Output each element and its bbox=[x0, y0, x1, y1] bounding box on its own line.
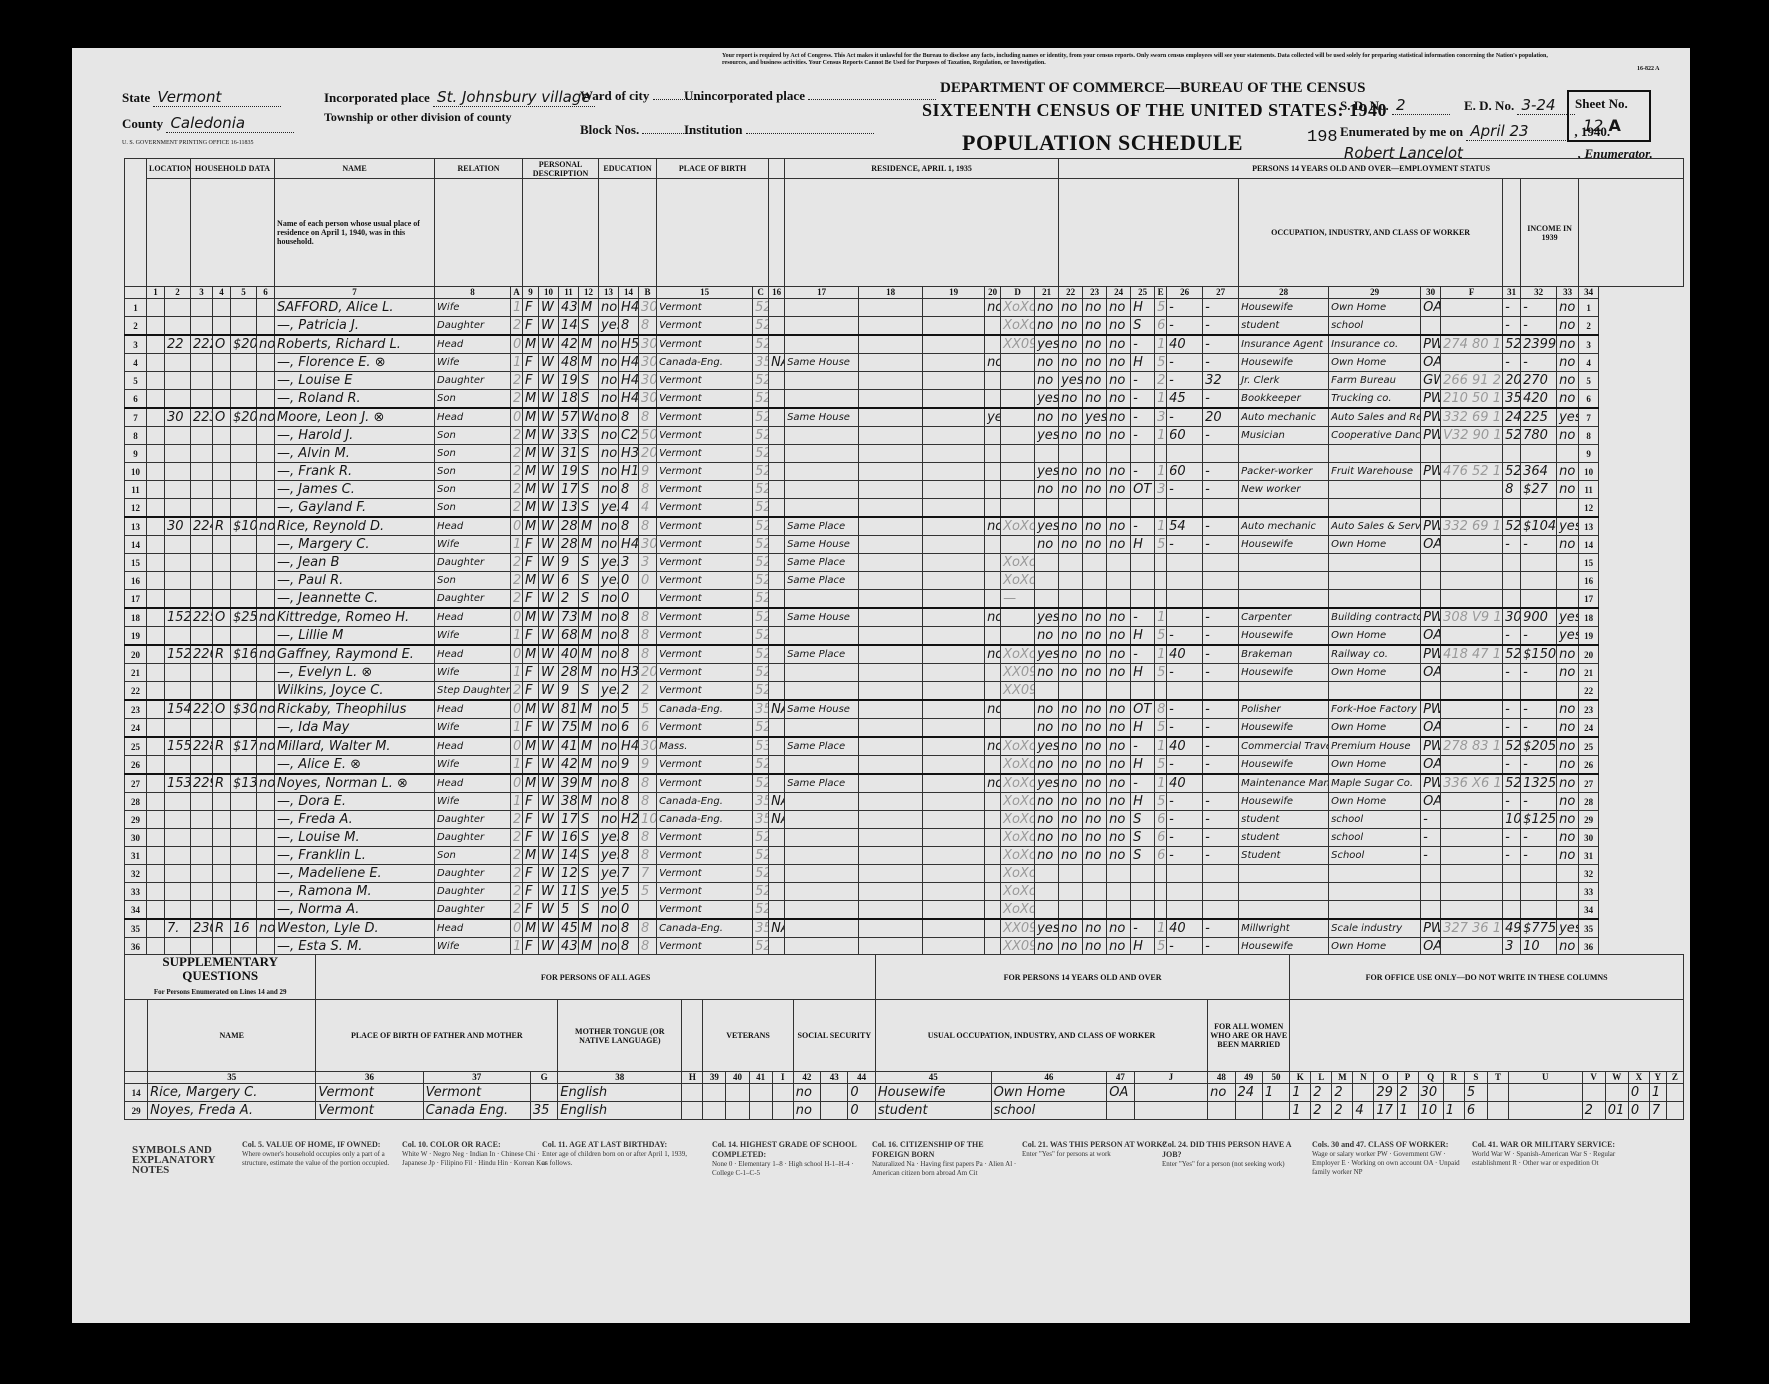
cell-sex: M bbox=[523, 645, 539, 664]
cell-c24 bbox=[1107, 554, 1131, 572]
cell-codeC: 52 bbox=[753, 390, 769, 409]
footnote-title: Col. 16. CITIZENSHIP OF THE FOREIGN BORN bbox=[872, 1140, 984, 1159]
cell-wks bbox=[1503, 499, 1521, 518]
cell-marital: M bbox=[579, 793, 599, 811]
cell-relation: Son bbox=[435, 427, 511, 445]
cell-c23 bbox=[1083, 499, 1107, 518]
cell-codeC: 35 bbox=[753, 811, 769, 829]
cell-other: no bbox=[1557, 317, 1579, 336]
cell-relation: Daughter bbox=[435, 372, 511, 390]
cell-house bbox=[165, 901, 191, 920]
cell-name: Rickaby, Theophilus bbox=[275, 700, 435, 719]
cell-c21: no bbox=[1035, 829, 1059, 847]
line-number: 7 bbox=[125, 408, 147, 427]
cell-codeE: 5 bbox=[1155, 664, 1167, 682]
cell-wks: 52 bbox=[1503, 517, 1521, 536]
cell-res: Same Place bbox=[785, 517, 859, 536]
cell-farm bbox=[257, 793, 275, 811]
cell-sex: F bbox=[523, 372, 539, 390]
cell-house: 30 bbox=[165, 408, 191, 427]
supp-column-number: L bbox=[1311, 1072, 1332, 1084]
cell-c22: no bbox=[1059, 793, 1083, 811]
cell-c25: S bbox=[1131, 811, 1155, 829]
cell-race: W bbox=[539, 572, 559, 590]
cell-sex: M bbox=[523, 847, 539, 865]
cell-relation: Son bbox=[435, 445, 511, 463]
cell-c23 bbox=[1083, 865, 1107, 883]
line-number: 26 bbox=[1579, 756, 1599, 775]
cell-codeF bbox=[1441, 901, 1503, 920]
cell-county bbox=[859, 536, 923, 554]
name-header: NAME bbox=[275, 159, 435, 179]
cell-c25: S bbox=[1131, 847, 1155, 865]
cell-c27: - bbox=[1203, 608, 1239, 627]
cell-c27: 20 bbox=[1203, 408, 1239, 427]
footnote: Col. 21. WAS THIS PERSON AT WORK?Enter "… bbox=[1022, 1140, 1170, 1159]
cell-occ: Commercial Traveler bbox=[1239, 737, 1329, 756]
cell-c26 bbox=[1167, 554, 1203, 572]
table-row: 12—, Gayland F.Son2MW13Syes44Vermont5212 bbox=[125, 499, 1684, 518]
cell-farm: no bbox=[257, 919, 275, 938]
cell-other: no bbox=[1557, 335, 1579, 354]
cell-c21 bbox=[1035, 590, 1059, 609]
cell-cls: - bbox=[1421, 829, 1441, 847]
cell-cls bbox=[1421, 554, 1441, 572]
cell-race: W bbox=[539, 829, 559, 847]
cell-race: W bbox=[539, 354, 559, 372]
cell-wages bbox=[1521, 590, 1557, 609]
cell-farm35 bbox=[985, 829, 1001, 847]
cell-birth: Vermont bbox=[657, 499, 753, 518]
cell-codeC: 52 bbox=[753, 463, 769, 481]
cell-codeA: 2 bbox=[511, 590, 523, 609]
cell-race: W bbox=[539, 793, 559, 811]
cell-c26: - bbox=[1167, 627, 1203, 646]
footnote-body: World War W · Spanish-American War S · R… bbox=[1472, 1150, 1620, 1168]
cell-wages: $125 bbox=[1521, 811, 1557, 829]
cell-c24: no bbox=[1107, 737, 1131, 756]
cell-cls bbox=[1421, 572, 1441, 590]
cell-street bbox=[147, 390, 165, 409]
cell-name: SAFFORD, Alice L. bbox=[275, 299, 435, 317]
cell-c25 bbox=[1131, 572, 1155, 590]
supp-cell-language: English bbox=[558, 1084, 682, 1102]
cell-c26: - bbox=[1167, 793, 1203, 811]
cell-codeE: 8 bbox=[1155, 700, 1167, 719]
cell-relation: Wife bbox=[435, 793, 511, 811]
cell-occ: Maintenance Man bbox=[1239, 774, 1329, 793]
cell-codeC: 35 bbox=[753, 354, 769, 372]
cell-school: yes bbox=[599, 865, 619, 883]
cell-value bbox=[231, 427, 257, 445]
table-row: 1330224R$10noRice, Reynold D.Head0MW28Mn… bbox=[125, 517, 1684, 536]
table-row: 22Wilkins, Joyce C.Step Daughter2FW9Syes… bbox=[125, 682, 1684, 701]
cell-occ bbox=[1239, 499, 1329, 518]
line-number: 2 bbox=[1579, 317, 1599, 336]
supp-line-number: 29 bbox=[125, 1102, 148, 1120]
cell-c24: no bbox=[1107, 627, 1131, 646]
cell-house bbox=[165, 463, 191, 481]
cell-c23 bbox=[1083, 445, 1107, 463]
cell-codeF: 336 X6 1 bbox=[1441, 774, 1503, 793]
cell-cit: NA bbox=[769, 793, 785, 811]
cell-c22: no bbox=[1059, 408, 1083, 427]
cell-ind: Insurance co. bbox=[1329, 335, 1421, 354]
cell-wages: - bbox=[1521, 627, 1557, 646]
cell-name: —, Ramona M. bbox=[275, 883, 435, 901]
cell-state bbox=[923, 372, 985, 390]
cell-cls: PW bbox=[1421, 408, 1441, 427]
cell-street bbox=[147, 517, 165, 536]
cell-grade: H4 bbox=[619, 354, 639, 372]
cell-codeC: 52 bbox=[753, 481, 769, 499]
table-row: 29—, Freda A.Daughter2FW17SnoH210Canada-… bbox=[125, 811, 1684, 829]
cell-farm bbox=[257, 390, 275, 409]
cell-farm35 bbox=[985, 883, 1001, 901]
cell-codeF bbox=[1441, 572, 1503, 590]
cell-farm bbox=[257, 554, 275, 572]
cell-street bbox=[147, 919, 165, 938]
cell-wks: - bbox=[1503, 536, 1521, 554]
occupation-header: OCCUPATION, INDUSTRY, AND CLASS OF WORKE… bbox=[1239, 179, 1503, 287]
cell-codeA: 2 bbox=[511, 829, 523, 847]
cell-sex: M bbox=[523, 517, 539, 536]
persons14-header: FOR PERSONS 14 YEARS OLD AND OVER bbox=[875, 955, 1289, 1000]
cell-c26: - bbox=[1167, 408, 1203, 427]
cell-cls: - bbox=[1421, 847, 1441, 865]
cell-codeD: XoXo bbox=[1001, 774, 1035, 793]
office-use-header: FOR OFFICE USE ONLY—DO NOT WRITE IN THES… bbox=[1290, 955, 1684, 1000]
cell-res bbox=[785, 865, 859, 883]
line-number: 6 bbox=[125, 390, 147, 409]
ed-field: E. D. No. 3-24 bbox=[1464, 96, 1575, 115]
column-number: 15 bbox=[657, 287, 753, 299]
column-number: 34 bbox=[1579, 287, 1599, 299]
cell-cls: OA bbox=[1421, 756, 1441, 775]
cell-c23 bbox=[1083, 554, 1107, 572]
cell-c21: yes bbox=[1035, 335, 1059, 354]
cell-codeE bbox=[1155, 865, 1167, 883]
supp-column-number: 35 bbox=[148, 1072, 316, 1084]
cell-relation: Wife bbox=[435, 299, 511, 317]
cell-cls: PW bbox=[1421, 390, 1441, 409]
cell-age: 28 bbox=[559, 536, 579, 554]
column-number: 27 bbox=[1203, 287, 1239, 299]
cell-own bbox=[213, 481, 231, 499]
cell-farm bbox=[257, 445, 275, 463]
cell-marital: M bbox=[579, 645, 599, 664]
cell-c27: - bbox=[1203, 847, 1239, 865]
enumerated-label: Enumerated by me on bbox=[1340, 124, 1463, 139]
cell-hh bbox=[191, 793, 213, 811]
cell-farm: no bbox=[257, 335, 275, 354]
cell-occ: Housewife bbox=[1239, 536, 1329, 554]
cell-c25: - bbox=[1131, 463, 1155, 481]
cell-c22: yes bbox=[1059, 372, 1083, 390]
cell-grade: 8 bbox=[619, 793, 639, 811]
cell-farm bbox=[257, 829, 275, 847]
cell-c26 bbox=[1167, 865, 1203, 883]
cell-res: Same House bbox=[785, 608, 859, 627]
cell-wks bbox=[1503, 682, 1521, 701]
cell-res: Same Place bbox=[785, 554, 859, 572]
cell-race: W bbox=[539, 390, 559, 409]
cell-c23: no bbox=[1083, 774, 1107, 793]
cell-codeE bbox=[1155, 554, 1167, 572]
cell-marital: M bbox=[579, 737, 599, 756]
supp-column-numbers-row: 353637G38H394041I424344454647J484950KLMN… bbox=[125, 1072, 1684, 1084]
cell-sex: M bbox=[523, 390, 539, 409]
cell-sex: M bbox=[523, 700, 539, 719]
footnote-body: White W · Negro Neg · Indian In · Chines… bbox=[402, 1150, 550, 1168]
cell-farm bbox=[257, 719, 275, 738]
cell-street bbox=[147, 700, 165, 719]
cell-cit bbox=[769, 774, 785, 793]
cell-name: Gaffney, Raymond E. bbox=[275, 645, 435, 664]
supp-cell-occ: Housewife bbox=[875, 1084, 991, 1102]
cell-cls: OA bbox=[1421, 719, 1441, 738]
cell-hh bbox=[191, 536, 213, 554]
cell-street bbox=[147, 756, 165, 775]
column-number: 14 bbox=[619, 287, 639, 299]
cell-house bbox=[165, 627, 191, 646]
cell-codeD bbox=[1001, 499, 1035, 518]
cell-codeC: 52 bbox=[753, 572, 769, 590]
cell-cls bbox=[1421, 865, 1441, 883]
cell-street bbox=[147, 811, 165, 829]
cell-codeB bbox=[639, 590, 657, 609]
cell-occ: Bookkeeper bbox=[1239, 390, 1329, 409]
cell-codeB: 6 bbox=[639, 719, 657, 738]
cell-codeE: 1 bbox=[1155, 608, 1167, 627]
cell-own: O bbox=[213, 408, 231, 427]
cell-ind: Own Home bbox=[1329, 756, 1421, 775]
cell-state bbox=[923, 719, 985, 738]
footnote-title: Col. 24. DID THIS PERSON HAVE A JOB? bbox=[1162, 1140, 1291, 1159]
cell-state bbox=[923, 554, 985, 572]
cell-wages: - bbox=[1521, 829, 1557, 847]
cell-wks: 52 bbox=[1503, 335, 1521, 354]
cell-occ: Musician bbox=[1239, 427, 1329, 445]
cell-other: yes bbox=[1557, 627, 1579, 646]
cell-other: no bbox=[1557, 719, 1579, 738]
sheet-label: Sheet No. bbox=[1575, 96, 1628, 112]
cell-c26 bbox=[1167, 901, 1203, 920]
cell-codeC: 52 bbox=[753, 590, 769, 609]
township-label: Township or other division of county bbox=[324, 110, 512, 124]
cell-wks bbox=[1503, 865, 1521, 883]
cell-marital: S bbox=[579, 590, 599, 609]
cell-c22: no bbox=[1059, 737, 1083, 756]
cell-birth: Vermont bbox=[657, 445, 753, 463]
line-number: 9 bbox=[1579, 445, 1599, 463]
cell-codeD bbox=[1001, 700, 1035, 719]
table-row: 730223O$20noMoore, Leon J. ⊗Head0MW57Wdn… bbox=[125, 408, 1684, 427]
cell-race: W bbox=[539, 700, 559, 719]
supp-column-number: 42 bbox=[793, 1072, 820, 1084]
cell-name: —, Alvin M. bbox=[275, 445, 435, 463]
cell-wages: 10 bbox=[1521, 938, 1557, 956]
cell-own bbox=[213, 427, 231, 445]
cell-wages: 420 bbox=[1521, 390, 1557, 409]
cell-codeF bbox=[1441, 445, 1503, 463]
cell-c21: no bbox=[1035, 756, 1059, 775]
cell-own bbox=[213, 829, 231, 847]
cell-c22: no bbox=[1059, 774, 1083, 793]
cell-occ: Housewife bbox=[1239, 719, 1329, 738]
cell-school: yes bbox=[599, 829, 619, 847]
column-number: 11 bbox=[559, 287, 579, 299]
cell-grade: 8 bbox=[619, 517, 639, 536]
cell-codeE: 2 bbox=[1155, 372, 1167, 390]
cell-c26: - bbox=[1167, 299, 1203, 317]
cell-state bbox=[923, 682, 985, 701]
cell-county bbox=[859, 847, 923, 865]
cell-farm bbox=[257, 938, 275, 956]
cell-other: no bbox=[1557, 700, 1579, 719]
cell-farm: no bbox=[257, 517, 275, 536]
cell-birth: Vermont bbox=[657, 335, 753, 354]
cell-c21: no bbox=[1035, 408, 1059, 427]
cell-grade: 7 bbox=[619, 865, 639, 883]
relation-header: RELATION bbox=[435, 159, 523, 179]
cell-county bbox=[859, 865, 923, 883]
supplementary-row: 14Rice, Margery C.VermontVermontEnglishn… bbox=[125, 1084, 1684, 1102]
cell-age: 28 bbox=[559, 664, 579, 682]
cell-name: —, Roland R. bbox=[275, 390, 435, 409]
cell-value bbox=[231, 590, 257, 609]
supp-column-number: 43 bbox=[821, 1072, 848, 1084]
cell-own bbox=[213, 865, 231, 883]
supp-cell-x: 0 bbox=[1628, 1102, 1649, 1120]
cell-codeB: 10 bbox=[639, 811, 657, 829]
cell-county bbox=[859, 608, 923, 627]
table-row: 2—, Patricia J.Daughter2FW14Syes88Vermon… bbox=[125, 317, 1684, 336]
supp-cell-x: 0 bbox=[1628, 1084, 1649, 1102]
table-row: 33—, Ramona M.Daughter2FW11Syes55Vermont… bbox=[125, 883, 1684, 901]
line-number: 10 bbox=[125, 463, 147, 481]
cell-c27: - bbox=[1203, 919, 1239, 938]
cell-codeC: 52 bbox=[753, 719, 769, 738]
column-number: 17 bbox=[785, 287, 859, 299]
cell-marital: M bbox=[579, 938, 599, 956]
cell-codeD: — bbox=[1001, 590, 1035, 609]
line-number: 5 bbox=[125, 372, 147, 390]
cell-codeD: XX09 bbox=[1001, 682, 1035, 701]
supp-cell-r: 1 bbox=[1443, 1102, 1464, 1120]
cell-res bbox=[785, 481, 859, 499]
cell-sex: M bbox=[523, 499, 539, 518]
cell-house bbox=[165, 390, 191, 409]
cell-grade: 5 bbox=[619, 883, 639, 901]
cell-codeF bbox=[1441, 536, 1503, 554]
column-number: 28 bbox=[1239, 287, 1329, 299]
cell-res: Same House bbox=[785, 408, 859, 427]
cell-house bbox=[165, 536, 191, 554]
cell-county bbox=[859, 463, 923, 481]
cell-codeC: 52 bbox=[753, 756, 769, 775]
cell-codeC: 35 bbox=[753, 919, 769, 938]
cell-farm35 bbox=[985, 572, 1001, 590]
form-number: 16-822 A bbox=[1637, 66, 1660, 72]
cell-state bbox=[923, 919, 985, 938]
cell-codeB: 8 bbox=[639, 517, 657, 536]
cell-other: yes bbox=[1557, 919, 1579, 938]
cell-c22: no bbox=[1059, 829, 1083, 847]
supp-cell-ind: Own Home bbox=[991, 1084, 1107, 1102]
cell-own: R bbox=[213, 737, 231, 756]
line-number: 3 bbox=[1579, 335, 1599, 354]
cell-occ bbox=[1239, 883, 1329, 901]
table-row: 14—, Margery C.Wife1FW28MnoH430Vermont52… bbox=[125, 536, 1684, 554]
cell-c25 bbox=[1131, 445, 1155, 463]
cell-occ: Housewife bbox=[1239, 664, 1329, 682]
cell-value bbox=[231, 390, 257, 409]
cell-res bbox=[785, 664, 859, 682]
cell-grade: H4 bbox=[619, 737, 639, 756]
cell-school: no bbox=[599, 645, 619, 664]
cell-wages: 270 bbox=[1521, 372, 1557, 390]
cell-age: 28 bbox=[559, 517, 579, 536]
cell-value bbox=[231, 811, 257, 829]
cell-state bbox=[923, 829, 985, 847]
cell-codeA: 2 bbox=[511, 883, 523, 901]
cell-value bbox=[231, 299, 257, 317]
cell-school: no bbox=[599, 756, 619, 775]
cell-state bbox=[923, 517, 985, 536]
cell-codeB: 8 bbox=[639, 847, 657, 865]
cell-cls bbox=[1421, 317, 1441, 336]
cell-codeA: 1 bbox=[511, 793, 523, 811]
cell-codeF bbox=[1441, 793, 1503, 811]
cell-age: 40 bbox=[559, 645, 579, 664]
supp-cell-c49 bbox=[1235, 1102, 1262, 1120]
cell-race: W bbox=[539, 408, 559, 427]
cell-codeB: 8 bbox=[639, 627, 657, 646]
supp-cell-v bbox=[1582, 1084, 1605, 1102]
cell-farm35 bbox=[985, 335, 1001, 354]
line-number: 19 bbox=[125, 627, 147, 646]
department-title: DEPARTMENT OF COMMERCE—BUREAU OF THE CEN… bbox=[940, 80, 1365, 97]
cell-own bbox=[213, 883, 231, 901]
cell-cit bbox=[769, 682, 785, 701]
cell-codeE: 1 bbox=[1155, 390, 1167, 409]
cell-c25: - bbox=[1131, 372, 1155, 390]
cell-c23: no bbox=[1083, 793, 1107, 811]
cell-own: R bbox=[213, 645, 231, 664]
cell-codeD: XoXo bbox=[1001, 901, 1035, 920]
cell-school: no bbox=[599, 938, 619, 956]
cell-wks bbox=[1503, 590, 1521, 609]
cell-sex: F bbox=[523, 627, 539, 646]
cell-codeF bbox=[1441, 317, 1503, 336]
cell-relation: Wife bbox=[435, 536, 511, 554]
cell-wages: $27 bbox=[1521, 481, 1557, 499]
cell-race: W bbox=[539, 719, 559, 738]
cell-c22: no bbox=[1059, 608, 1083, 627]
cell-race: W bbox=[539, 811, 559, 829]
cell-res bbox=[785, 847, 859, 865]
supp-column-number: 40 bbox=[726, 1072, 749, 1084]
cell-c21 bbox=[1035, 572, 1059, 590]
cell-c21: no bbox=[1035, 372, 1059, 390]
cell-farm bbox=[257, 627, 275, 646]
cell-marital: M bbox=[579, 700, 599, 719]
cell-farm bbox=[257, 847, 275, 865]
cell-res: Same House bbox=[785, 354, 859, 372]
cell-birth: Mass. bbox=[657, 737, 753, 756]
line-number: 14 bbox=[125, 536, 147, 554]
